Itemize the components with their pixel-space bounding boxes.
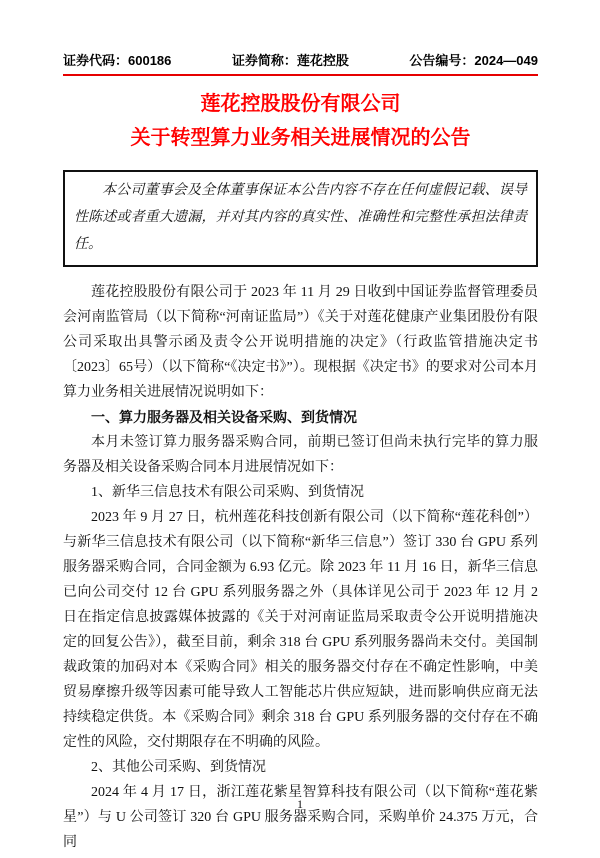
stock-name-label: 证券简称：莲花控股 (232, 50, 349, 69)
paragraph-intro: 莲花控股股份有限公司于 2023 年 11 月 29 日收到中国证券监督管理委员… (63, 280, 538, 405)
announcement-number-label: 公告编号：2024—049 (409, 50, 538, 69)
paragraph-h3c-purchase: 2023 年 9 月 27 日，杭州莲花科技创新有限公司（以下简称“莲花科创”）… (63, 505, 538, 755)
disclaimer-box: 本公司董事会及全体董事保证本公告内容不存在任何虚假记载、误导性陈述或者重大遗漏，… (63, 170, 538, 267)
announcement-page: 证券代码：600186 证券简称：莲花控股 公告编号：2024—049 莲花控股… (0, 0, 600, 858)
header-divider-rule (63, 74, 538, 76)
paragraph-section-overview: 本月未签订算力服务器采购合同，前期已签订但尚未执行完毕的算力服务器及相关设备采购… (63, 430, 538, 480)
subsection-heading-1: 1、新华三信息技术有限公司采购、到货情况 (63, 480, 538, 505)
announcement-title: 关于转型算力业务相关进展情况的公告 (63, 121, 538, 155)
disclaimer-text: 本公司董事会及全体董事保证本公告内容不存在任何虚假记载、误导性陈述或者重大遗漏，… (74, 177, 527, 258)
paragraph-other-purchase: 2024 年 4 月 17 日，浙江莲花紫星智算科技有限公司（以下简称“莲花紫星… (63, 780, 538, 855)
page-number: 1 (0, 797, 600, 812)
section-heading-1: 一、算力服务器及相关设备采购、到货情况 (63, 405, 538, 430)
company-name-title: 莲花控股股份有限公司 (63, 87, 538, 121)
title-block: 莲花控股股份有限公司 关于转型算力业务相关进展情况的公告 (63, 87, 538, 155)
announcement-body: 莲花控股股份有限公司于 2023 年 11 月 29 日收到中国证券监督管理委员… (63, 280, 538, 855)
subsection-heading-2: 2、其他公司采购、到货情况 (63, 755, 538, 780)
stock-code-label: 证券代码：600186 (63, 50, 171, 69)
doc-header: 证券代码：600186 证券简称：莲花控股 公告编号：2024—049 (63, 50, 538, 69)
